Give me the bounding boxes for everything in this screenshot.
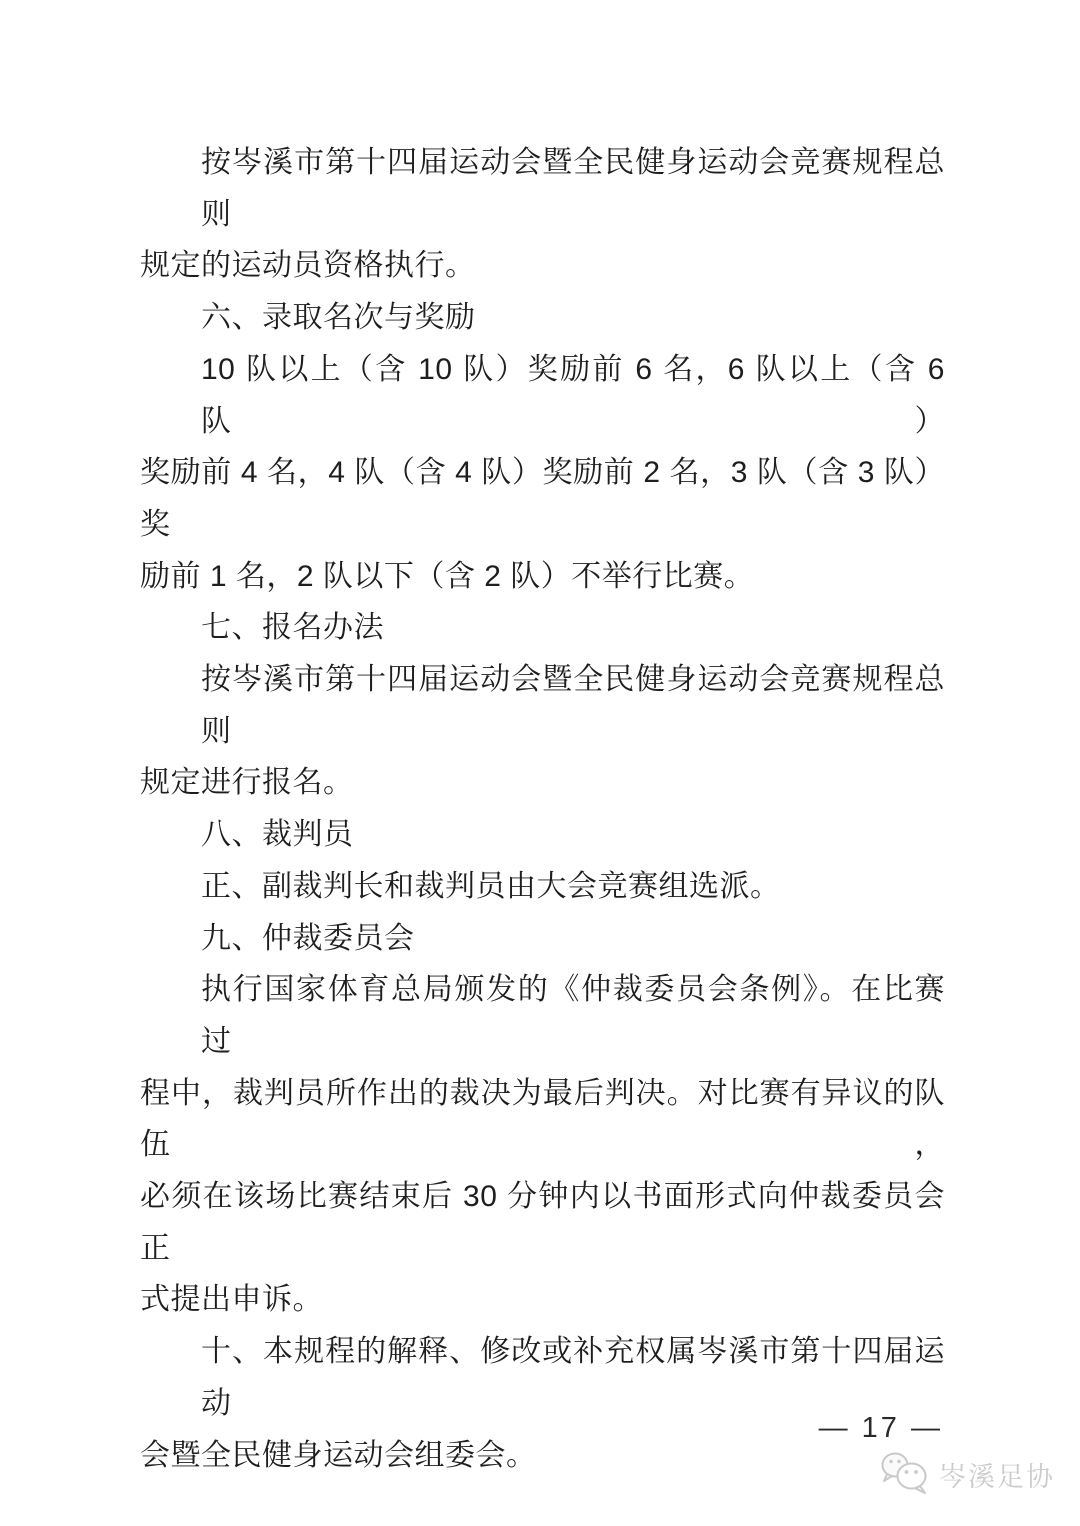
text-line: 按岑溪市第十四届运动会暨全民健身运动会竞赛规程总则 [140, 654, 945, 757]
text-line: 正、副裁判长和裁判员由大会竞赛组选派。 [140, 861, 945, 913]
text-line: 九、仲裁委员会 [140, 913, 945, 965]
page-number: — 17 — [819, 1412, 943, 1445]
document-page: 按岑溪市第十四届运动会暨全民健身运动会竞赛规程总则规定的运动员资格执行。六、录取… [0, 0, 1080, 1526]
text-line: 规定的运动员资格执行。 [140, 240, 945, 292]
text-line: 必须在该场比赛结束后 30 分钟内以书面形式向仲裁委员会正 [140, 1171, 945, 1274]
text-line: 式提出申诉。 [140, 1274, 945, 1326]
watermark-label: 岑溪足协 [939, 1455, 1055, 1494]
text-line: 七、报名办法 [140, 602, 945, 654]
document-body: 按岑溪市第十四届运动会暨全民健身运动会竞赛规程总则规定的运动员资格执行。六、录取… [140, 137, 945, 1481]
text-line: 六、录取名次与奖励 [140, 292, 945, 344]
text-line: 规定进行报名。 [140, 757, 945, 809]
text-line: 励前 1 名，2 队以下（含 2 队）不举行比赛。 [140, 551, 945, 603]
text-line: 10 队以上（含 10 队）奖励前 6 名，6 队以上（含 6 队） [140, 344, 945, 447]
text-line: 按岑溪市第十四届运动会暨全民健身运动会竞赛规程总则 [140, 137, 945, 240]
text-line: 程中，裁判员所作出的裁决为最后判决。对比赛有异议的队伍， [140, 1068, 945, 1171]
wechat-icon [878, 1450, 932, 1498]
text-line: 执行国家体育总局颁发的《仲裁委员会条例》。在比赛过 [140, 964, 945, 1067]
text-line: 八、裁判员 [140, 809, 945, 861]
watermark: 岑溪足协 [878, 1450, 1055, 1498]
text-line: 奖励前 4 名，4 队（含 4 队）奖励前 2 名，3 队（含 3 队）奖 [140, 447, 945, 550]
